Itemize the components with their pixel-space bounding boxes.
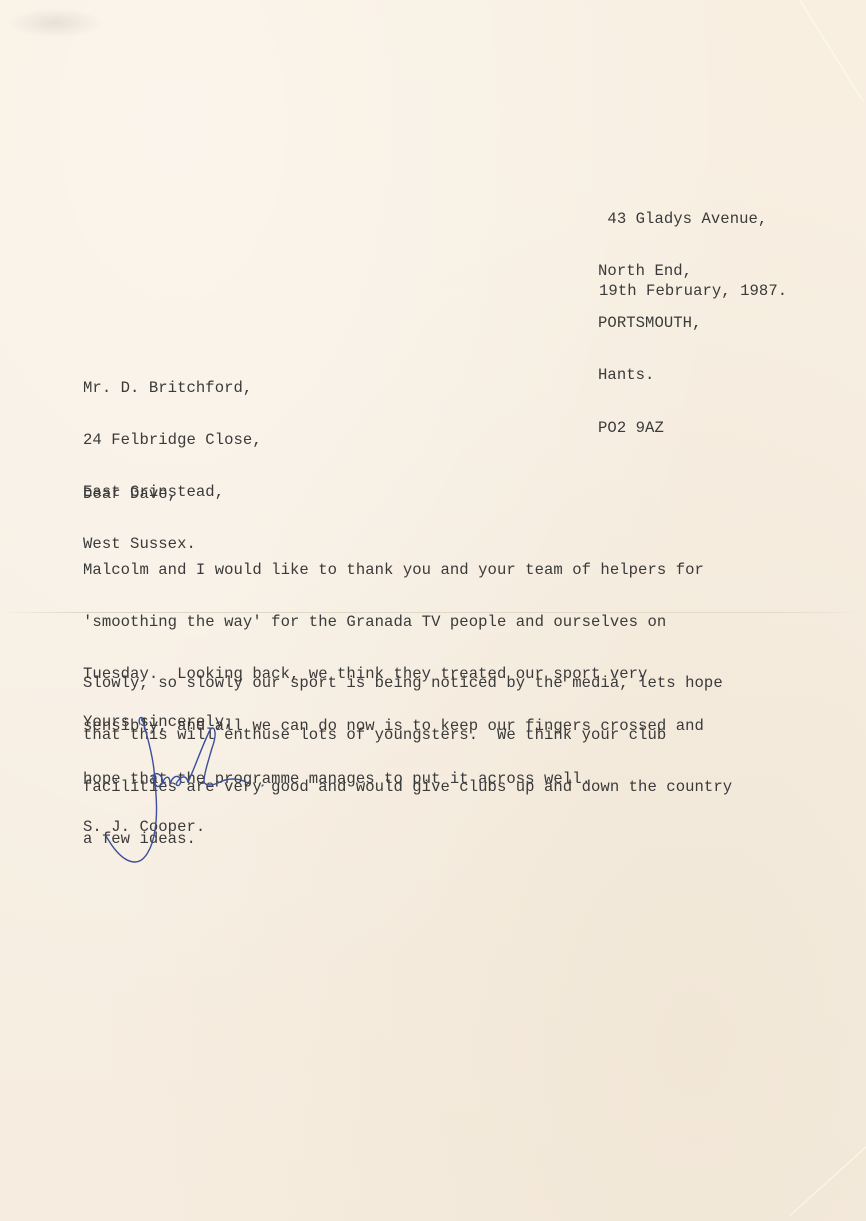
signature-icon bbox=[100, 712, 280, 872]
paper-crease bbox=[800, 0, 864, 102]
paragraph-line: Slowly, so slowly our sport is being not… bbox=[83, 675, 732, 692]
paper-smudge bbox=[8, 8, 103, 38]
recipient-address-line: 24 Felbridge Close, bbox=[83, 432, 262, 449]
salutation: Dear Dave, bbox=[83, 486, 177, 503]
paragraph-line: 'smoothing the way' for the Granada TV p… bbox=[83, 614, 704, 631]
sender-address-line: PO2 9AZ bbox=[598, 420, 767, 437]
sender-address-line: North End, bbox=[598, 263, 767, 280]
paragraph-line: Malcolm and I would like to thank you an… bbox=[83, 562, 704, 579]
sender-address-line: 43 Gladys Avenue, bbox=[598, 211, 767, 228]
sender-address-line: PORTSMOUTH, bbox=[598, 315, 767, 332]
letter-page: 43 Gladys Avenue, North End, PORTSMOUTH,… bbox=[0, 0, 866, 1221]
recipient-address-line: Mr. D. Britchford, bbox=[83, 380, 262, 397]
sender-address: 43 Gladys Avenue, North End, PORTSMOUTH,… bbox=[598, 176, 767, 472]
paper-crease bbox=[790, 1142, 866, 1216]
sender-address-line: Hants. bbox=[598, 367, 767, 384]
letter-date: 19th February, 1987. bbox=[599, 283, 787, 300]
